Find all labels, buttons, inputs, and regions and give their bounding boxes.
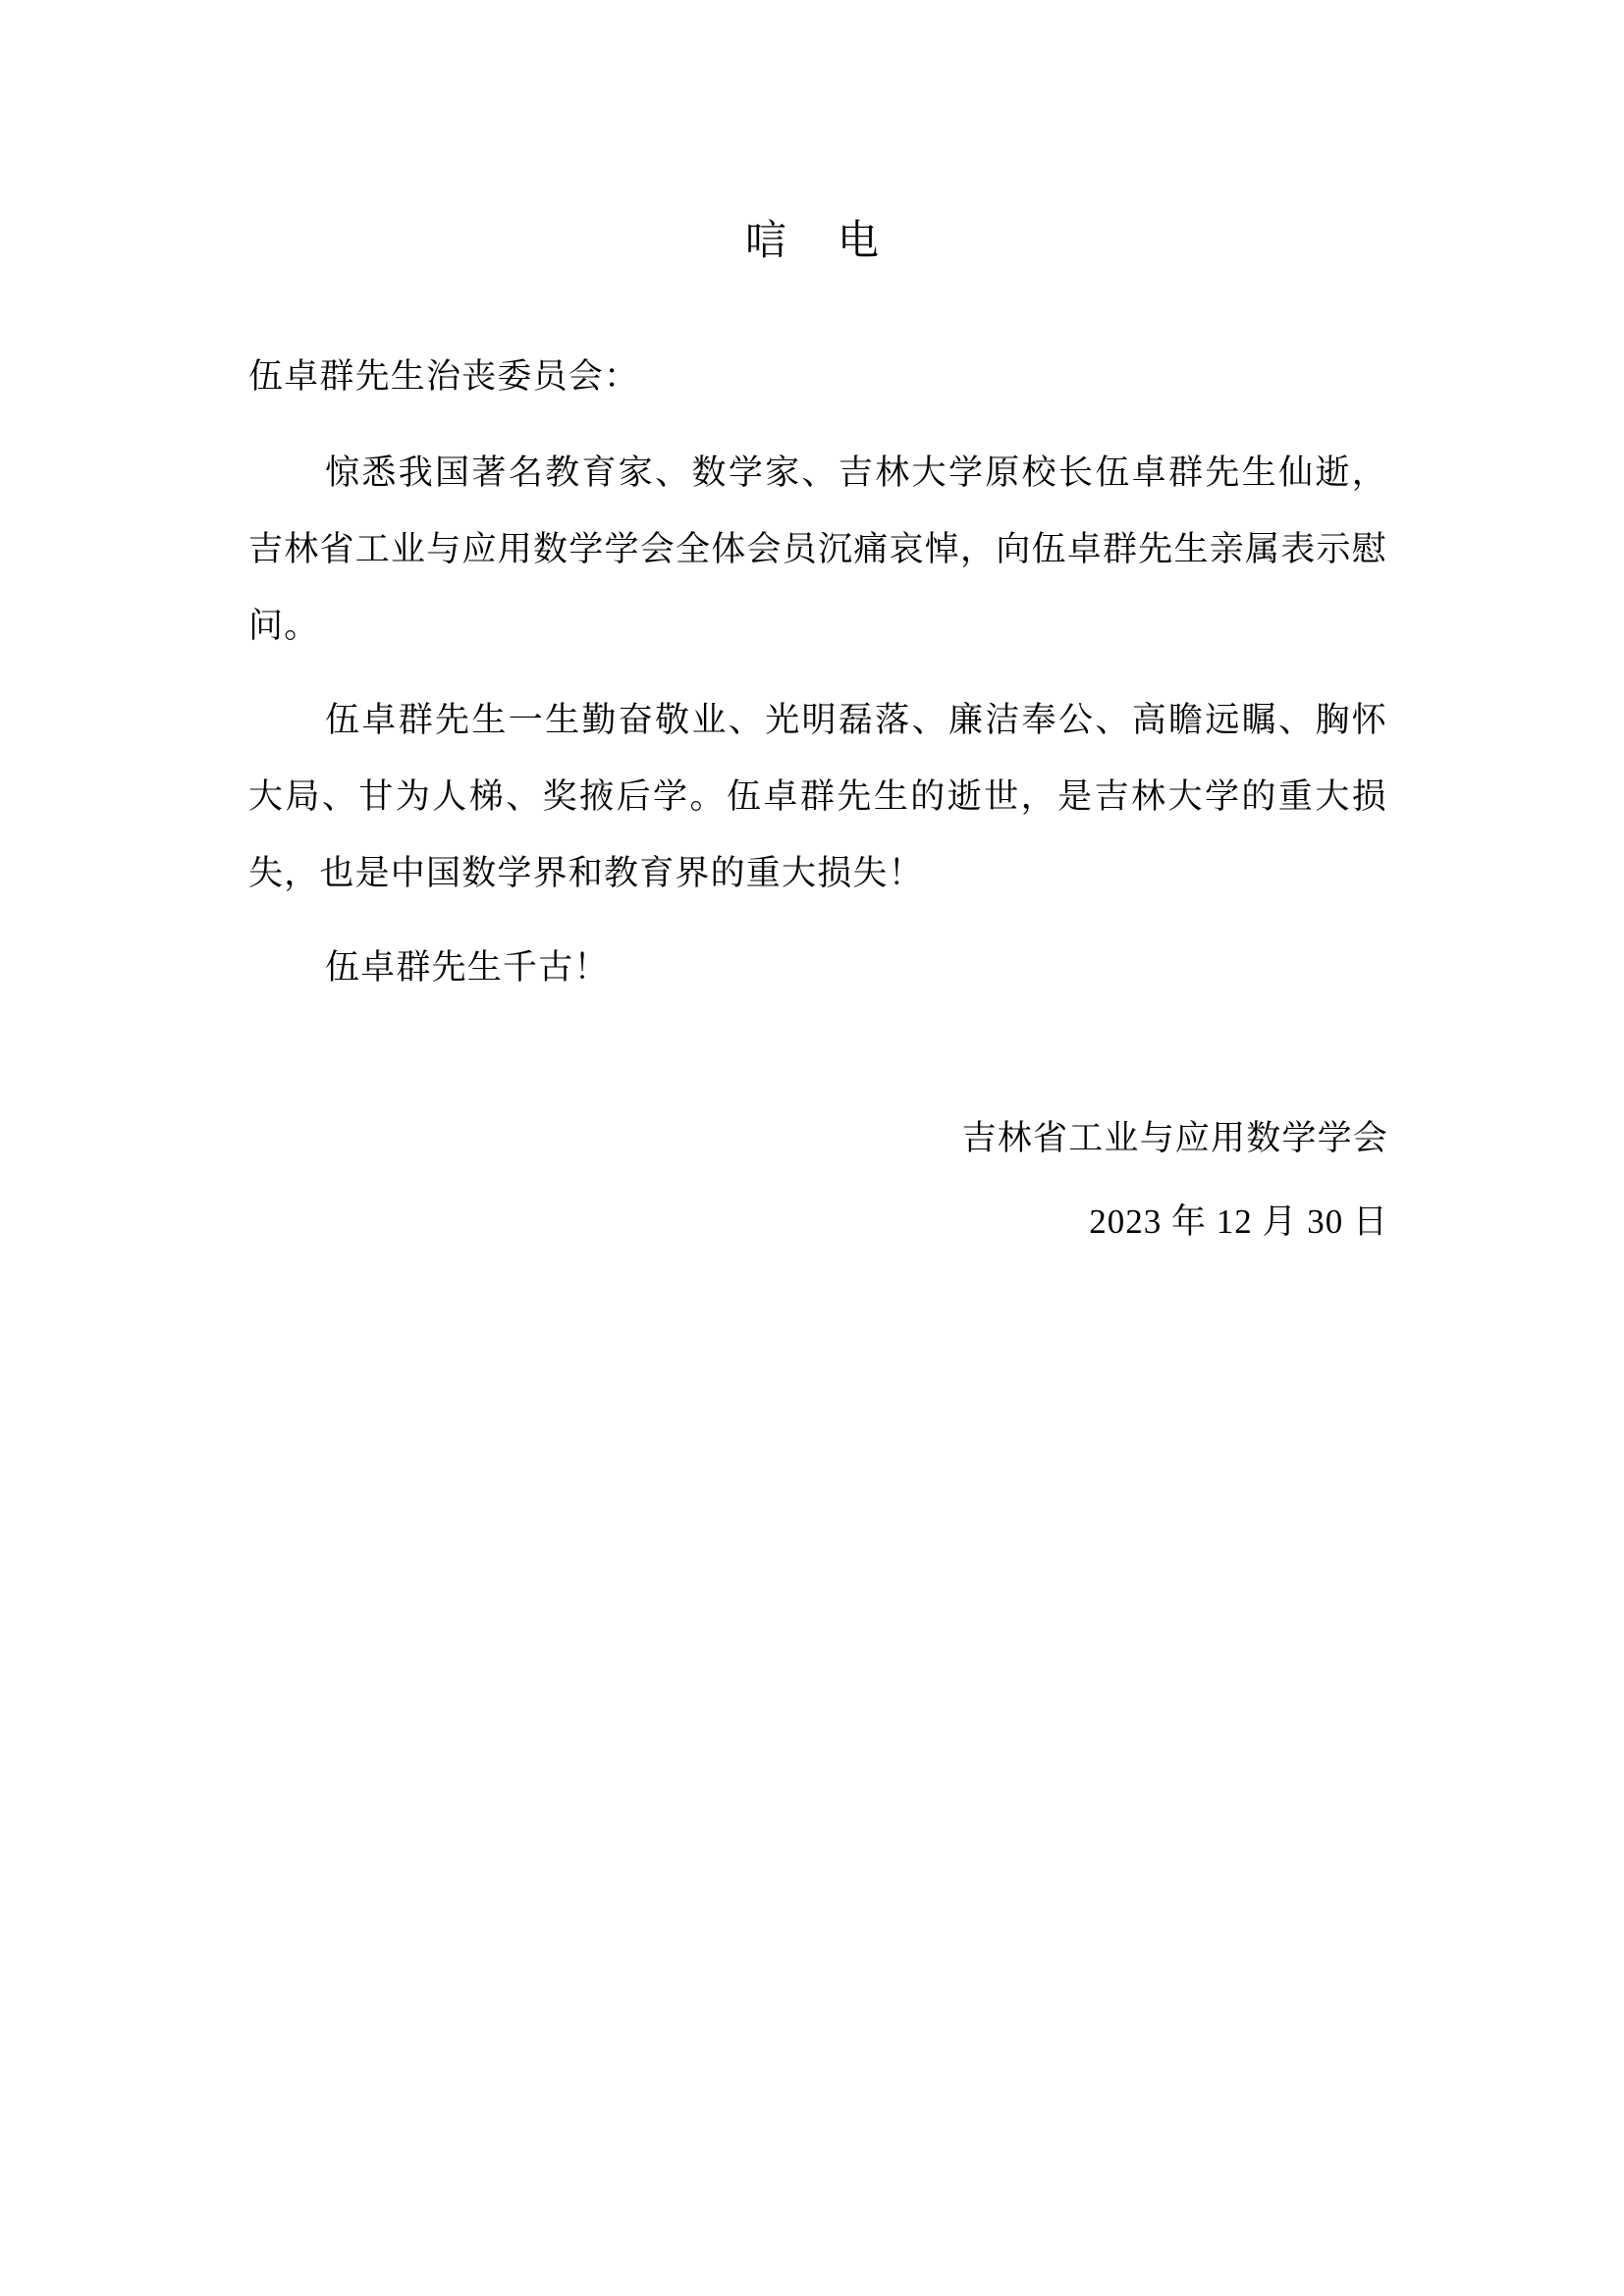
letter-body: 伍卓群先生治丧委员会： 惊悉我国著名教育家、数学家、吉林大学原校长伍卓群先生仙逝…: [248, 339, 1387, 1006]
document-title: 唁电: [0, 211, 1624, 270]
document-page: 唁电 伍卓群先生治丧委员会： 惊悉我国著名教育家、数学家、吉林大学原校长伍卓群先…: [0, 0, 1624, 2296]
signature-date: 2023 年 12 月 30 日: [1089, 1193, 1388, 1252]
paragraph-tribute: 伍卓群先生一生勤奋敬业、光明磊落、廉洁奉公、高瞻远瞩、胸怀大局、甘为人梯、奖掖后…: [248, 682, 1387, 912]
salutation: 伍卓群先生治丧委员会：: [248, 339, 1387, 415]
signature-organization: 吉林省工业与应用数学学会: [962, 1109, 1388, 1168]
closing-line: 伍卓群先生千古！: [248, 930, 1387, 1006]
paragraph-condolence: 惊悉我国著名教育家、数学家、吉林大学原校长伍卓群先生仙逝，吉林省工业与应用数学学…: [248, 435, 1387, 665]
